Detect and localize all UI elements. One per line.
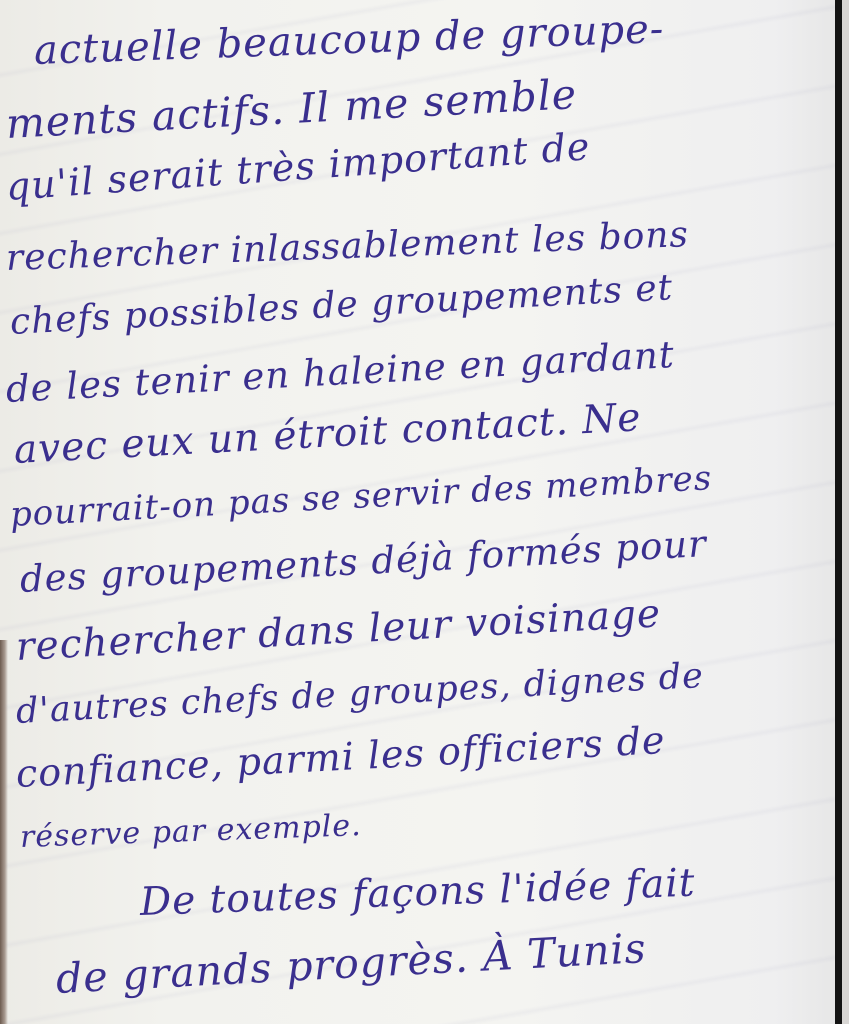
handwritten-line: pourrait-on pas se servir des membres — [9, 458, 713, 535]
handwritten-line: confiance, parmi les officiers de — [15, 718, 667, 796]
handwritten-line: chefs possibles de groupements et — [9, 267, 674, 343]
handwritten-line: actuelle beaucoup de groupe- — [33, 6, 665, 74]
handwritten-line: De toutes façons l'idée fait — [139, 861, 696, 925]
handwritten-line: des groupements déjà formés pour — [19, 522, 708, 601]
handwritten-line: rechercher inlassablement les bons — [5, 214, 689, 279]
page-edge-right — [835, 0, 842, 1024]
letter-page: actuelle beaucoup de groupe- ments actif… — [0, 0, 842, 1024]
handwritten-line: avec eux un étroit contact. Ne — [13, 395, 643, 473]
handwritten-line: réserve par exemple. — [19, 808, 362, 855]
page-edge-left — [0, 640, 8, 1024]
handwritten-line: rechercher dans leur voisinage — [15, 591, 662, 670]
handwritten-line: de grands progrès. À Tunis — [55, 924, 648, 1003]
